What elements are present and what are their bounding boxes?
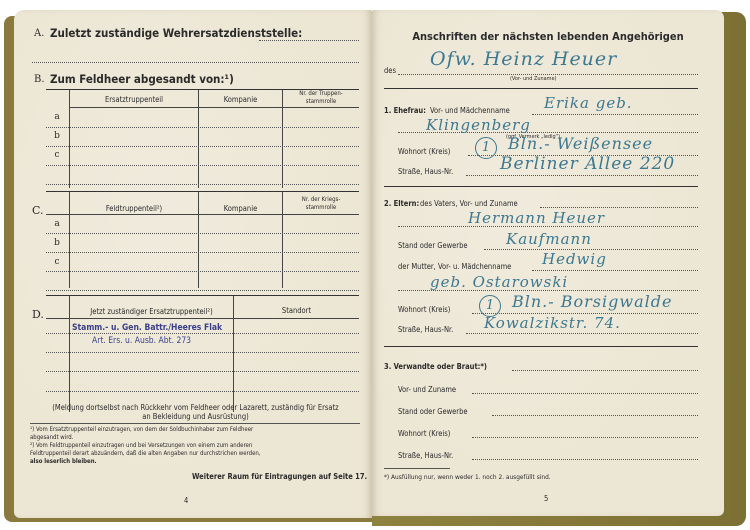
table-b-header-kompanie: Kompanie bbox=[199, 95, 282, 104]
mother-name-field-line[interactable] bbox=[532, 270, 698, 271]
section-d-note-line-2: an Bekleidung und Ausrüstung) bbox=[32, 412, 359, 421]
footnote-1-line-1: ¹) Vom Ersatztruppenteil einzutragen, vo… bbox=[30, 426, 253, 433]
table-b-divider bbox=[69, 90, 70, 188]
section-3-footnote: *) Ausfüllung nur, wenn weder 1. noch 2.… bbox=[384, 473, 551, 481]
footnote-2-line-3: also leserlich bleiben. bbox=[30, 458, 97, 465]
section-d-note-line-1: (Meldung dortselbst nach Rückkehr vom Fe… bbox=[32, 403, 359, 412]
table-b-row-line[interactable] bbox=[46, 127, 359, 128]
table-c-header-stammrolle-1: Nr. der Kriegs- bbox=[283, 196, 359, 203]
wife-wohnort-label: Wohnort (Kreis) bbox=[398, 147, 450, 156]
table-c-row-a: a bbox=[46, 219, 68, 229]
des-caption: (Vor- und Zuname) bbox=[510, 76, 556, 82]
wife-name-label: Vor- und Mädchenname bbox=[430, 106, 510, 115]
wife-wohnort-handwritten: Bln.- Weißensee bbox=[508, 134, 653, 153]
father-name-field-line[interactable] bbox=[540, 207, 698, 208]
table-d-header-standort: Standort bbox=[234, 306, 359, 315]
father-stand-handwritten: Kaufmann bbox=[506, 230, 592, 248]
relative-wohnort-field-line[interactable] bbox=[472, 437, 698, 438]
table-c-header-feldtruppenteil: Feldtruppenteil²) bbox=[70, 204, 198, 213]
father-stand-label: Stand oder Gewerbe bbox=[398, 241, 468, 250]
relative-name-field-line[interactable] bbox=[472, 393, 698, 394]
wife-strasse-handwritten: Berliner Allee 220 bbox=[500, 154, 675, 174]
section-a-label: A. bbox=[34, 28, 44, 39]
table-d-row-line[interactable] bbox=[46, 391, 359, 392]
table-c-header-stammrolle-2: stammrolle bbox=[283, 204, 359, 211]
table-c-row-c: c bbox=[46, 257, 68, 267]
continuation-note: Weiterer Raum für Eintragungen auf Seite… bbox=[192, 472, 367, 481]
table-b-divider bbox=[198, 90, 199, 188]
table-b-row-a: a bbox=[46, 112, 68, 122]
footnote-2-line-1: ²) Vom Feldtruppenteil einzutragen und b… bbox=[30, 442, 252, 449]
unit-stamp-line-1: Stamm.- u. Gen. Battr./Heeres Flak bbox=[72, 323, 222, 333]
table-c-row-b: b bbox=[46, 238, 68, 248]
section-2-label: 2. Eltern: bbox=[384, 199, 419, 208]
section-b-title: Zum Feldheer abgesandt von:¹) bbox=[50, 72, 234, 86]
relative-strasse-label: Straße, Haus-Nr. bbox=[398, 451, 453, 460]
parents-strasse-handwritten: Kowalzikstr. 74. bbox=[484, 314, 621, 332]
page-5: Anschriften der nächsten lebenden Angehö… bbox=[372, 10, 724, 516]
unit-stamp-line-2: Art. Ers. u. Ausb. Abt. 273 bbox=[92, 336, 191, 346]
table-b-row-line[interactable] bbox=[46, 184, 359, 185]
table-c-header-border bbox=[46, 214, 359, 215]
table-c-row-line[interactable] bbox=[46, 252, 359, 253]
mother-name-handwritten-1: Hedwig bbox=[542, 250, 607, 268]
table-b-row-b: b bbox=[46, 131, 68, 141]
table-d-top-border bbox=[46, 295, 359, 296]
table-d-header-ersatztruppenteil: Jetzt zuständiger Ersatztruppenteil²) bbox=[70, 307, 233, 316]
section-c-label: C. bbox=[32, 204, 44, 217]
section-divider bbox=[384, 186, 698, 187]
table-b-row-line[interactable] bbox=[46, 165, 359, 166]
page-4: A. Zuletzt zuständige Wehrersatzdienstst… bbox=[14, 10, 372, 518]
section-a-title: Zuletzt zuständige Wehrersatzdienststell… bbox=[50, 26, 302, 40]
table-c-header-kompanie: Kompanie bbox=[199, 204, 282, 213]
section-3-field-line[interactable] bbox=[512, 370, 698, 371]
footnote-divider bbox=[30, 423, 360, 424]
relative-wohnort-label: Wohnort (Kreis) bbox=[398, 429, 450, 438]
section-d-label: D. bbox=[32, 308, 44, 321]
table-d-header-border bbox=[46, 318, 359, 319]
section-a-field[interactable] bbox=[259, 40, 359, 41]
table-c-row-line[interactable] bbox=[46, 290, 359, 291]
father-name-label: des Vaters, Vor- und Zuname bbox=[420, 199, 518, 208]
section-divider bbox=[384, 346, 698, 347]
table-d-row-line[interactable] bbox=[46, 352, 359, 353]
table-b-row-c: c bbox=[46, 150, 68, 160]
table-c-top-border bbox=[46, 191, 359, 192]
relative-stand-label: Stand oder Gewerbe bbox=[398, 407, 468, 416]
father-name-handwritten: Hermann Heuer bbox=[468, 209, 605, 227]
wife-strasse-field-line[interactable] bbox=[466, 175, 698, 176]
table-b-header-border bbox=[69, 107, 359, 108]
section-divider bbox=[384, 88, 698, 89]
section-b-label: B. bbox=[34, 74, 45, 85]
wife-district-circled: 1 bbox=[475, 137, 497, 159]
section-1-label: 1. Ehefrau: bbox=[384, 106, 426, 115]
page-title: Anschriften der nächsten lebenden Angehö… bbox=[372, 30, 724, 43]
parents-wohnort-handwritten: Bln.- Borsigwalde bbox=[512, 292, 672, 311]
mother-name-label: der Mutter, Vor- u. Mädchenname bbox=[398, 262, 511, 271]
wife-name-field-line[interactable] bbox=[532, 114, 698, 115]
footnote-divider bbox=[384, 468, 450, 469]
relative-stand-field-line[interactable] bbox=[492, 415, 698, 416]
parents-wohnort-label: Wohnort (Kreis) bbox=[398, 305, 450, 314]
footnote-2-line-2: Feldtruppenteil derart abzuändern, daß d… bbox=[30, 450, 261, 457]
table-d-row-line[interactable] bbox=[46, 371, 359, 372]
table-c-row-line[interactable] bbox=[46, 233, 359, 234]
page-number-4: 4 bbox=[184, 496, 188, 505]
table-b-row-line[interactable] bbox=[46, 146, 359, 147]
wife-name-handwritten-1: Erika geb. bbox=[544, 94, 633, 112]
wife-strasse-label: Straße, Haus-Nr. bbox=[398, 167, 453, 176]
table-b-header-ersatztruppenteil: Ersatztruppenteil bbox=[70, 95, 198, 104]
table-d-row-line[interactable] bbox=[46, 333, 359, 334]
des-field-line[interactable] bbox=[398, 74, 698, 75]
soldier-name-handwritten: Ofw. Heinz Heuer bbox=[430, 48, 617, 70]
table-b-header-stammrolle-2: stammrolle bbox=[283, 98, 359, 105]
page-number-5: 5 bbox=[544, 494, 548, 503]
relative-name-label: Vor- und Zuname bbox=[398, 385, 456, 394]
footnote-1-line-2: abgesandt wird. bbox=[30, 434, 73, 441]
mother-name-handwritten-2: geb. Ostarowski bbox=[430, 273, 568, 291]
wife-name-handwritten-2: Klingenberg bbox=[426, 116, 531, 134]
table-c-row-line[interactable] bbox=[46, 271, 359, 272]
des-label: des bbox=[384, 66, 396, 75]
parents-strasse-field-line[interactable] bbox=[466, 333, 698, 334]
parents-strasse-label: Straße, Haus-Nr. bbox=[398, 325, 453, 334]
section-a-field-2[interactable] bbox=[32, 62, 359, 63]
relative-strasse-field-line[interactable] bbox=[472, 459, 698, 460]
table-b-header-stammrolle-1: Nr. der Truppen- bbox=[283, 90, 359, 97]
section-3-label: 3. Verwandte oder Braut:*) bbox=[384, 362, 487, 371]
